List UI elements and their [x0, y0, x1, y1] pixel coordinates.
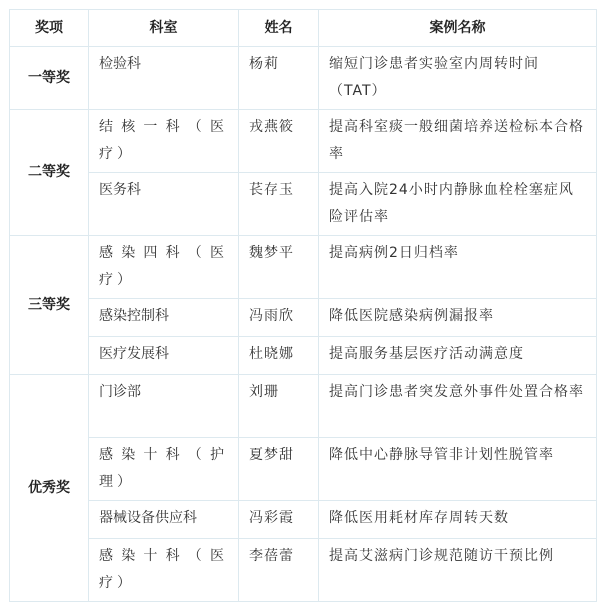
award-level: 二等奖: [10, 110, 89, 236]
case-title-cell: 降低医院感染病例漏报率: [319, 299, 597, 337]
table-row: 二等奖 结核一科（医疗） 戎燕筱 提高科室痰一般细菌培养送检标本合格率: [10, 110, 597, 173]
name-cell: 冯雨欣: [239, 299, 319, 337]
name-cell: 李蓓蕾: [239, 539, 319, 602]
header-row: 奖项 科室 姓名 案例名称: [10, 10, 597, 47]
award-level: 优秀奖: [10, 375, 89, 602]
header-award: 奖项: [10, 10, 89, 47]
name-cell: 苌存玉: [239, 173, 319, 236]
table-row: 感染控制科 冯雨欣 降低医院感染病例漏报率: [10, 299, 597, 337]
case-title-cell: 提高艾滋病门诊规范随访干预比例: [319, 539, 597, 602]
table-row: 感染十科（医疗） 李蓓蕾 提高艾滋病门诊规范随访干预比例: [10, 539, 597, 602]
table-row: 三等奖 感染四科（医疗） 魏梦平 提高病例2日归档率: [10, 236, 597, 299]
award-level: 一等奖: [10, 47, 89, 110]
case-title-cell: 提高入院24小时内静脉血栓栓塞症风险评估率: [319, 173, 597, 236]
department-cell: 结核一科（医疗）: [89, 110, 239, 173]
department-cell: 医务科: [89, 173, 239, 236]
table-row: 器械设备供应科 冯彩霞 降低医用耗材库存周转天数: [10, 501, 597, 539]
name-cell: 冯彩霞: [239, 501, 319, 539]
case-title-cell: 降低医用耗材库存周转天数: [319, 501, 597, 539]
table-row: 感染十科（护理） 夏梦甜 降低中心静脉导管非计划性脱管率: [10, 438, 597, 501]
case-title-cell: 提高科室痰一般细菌培养送检标本合格率: [319, 110, 597, 173]
case-title-cell: 缩短门诊患者实验室内周转时间（TAT）: [319, 47, 597, 110]
header-name: 姓名: [239, 10, 319, 47]
header-case-title: 案例名称: [319, 10, 597, 47]
name-cell: 魏梦平: [239, 236, 319, 299]
table-row: 医疗发展科 杜晓娜 提高服务基层医疗活动满意度: [10, 337, 597, 375]
department-cell: 医疗发展科: [89, 337, 239, 375]
name-cell: 戎燕筱: [239, 110, 319, 173]
table-row: 一等奖 检验科 杨莉 缩短门诊患者实验室内周转时间（TAT）: [10, 47, 597, 110]
header-department: 科室: [89, 10, 239, 47]
case-title-cell: 降低中心静脉导管非计划性脱管率: [319, 438, 597, 501]
department-cell: 感染十科（护理）: [89, 438, 239, 501]
name-cell: 刘珊: [239, 375, 319, 438]
table-row: 优秀奖 门诊部 刘珊 提高门诊患者突发意外事件处置合格率: [10, 375, 597, 438]
department-cell: 检验科: [89, 47, 239, 110]
table-row: 医务科 苌存玉 提高入院24小时内静脉血栓栓塞症风险评估率: [10, 173, 597, 236]
department-cell: 门诊部: [89, 375, 239, 438]
case-title-cell: 提高服务基层医疗活动满意度: [319, 337, 597, 375]
name-cell: 杜晓娜: [239, 337, 319, 375]
department-cell: 器械设备供应科: [89, 501, 239, 539]
department-cell: 感染十科（医疗）: [89, 539, 239, 602]
name-cell: 杨莉: [239, 47, 319, 110]
case-title-cell: 提高病例2日归档率: [319, 236, 597, 299]
name-cell: 夏梦甜: [239, 438, 319, 501]
department-cell: 感染控制科: [89, 299, 239, 337]
department-cell: 感染四科（医疗）: [89, 236, 239, 299]
case-title-cell: 提高门诊患者突发意外事件处置合格率: [319, 375, 597, 438]
award-level: 三等奖: [10, 236, 89, 375]
awards-table: 奖项 科室 姓名 案例名称 一等奖 检验科 杨莉 缩短门诊患者实验室内周转时间（…: [9, 9, 597, 602]
